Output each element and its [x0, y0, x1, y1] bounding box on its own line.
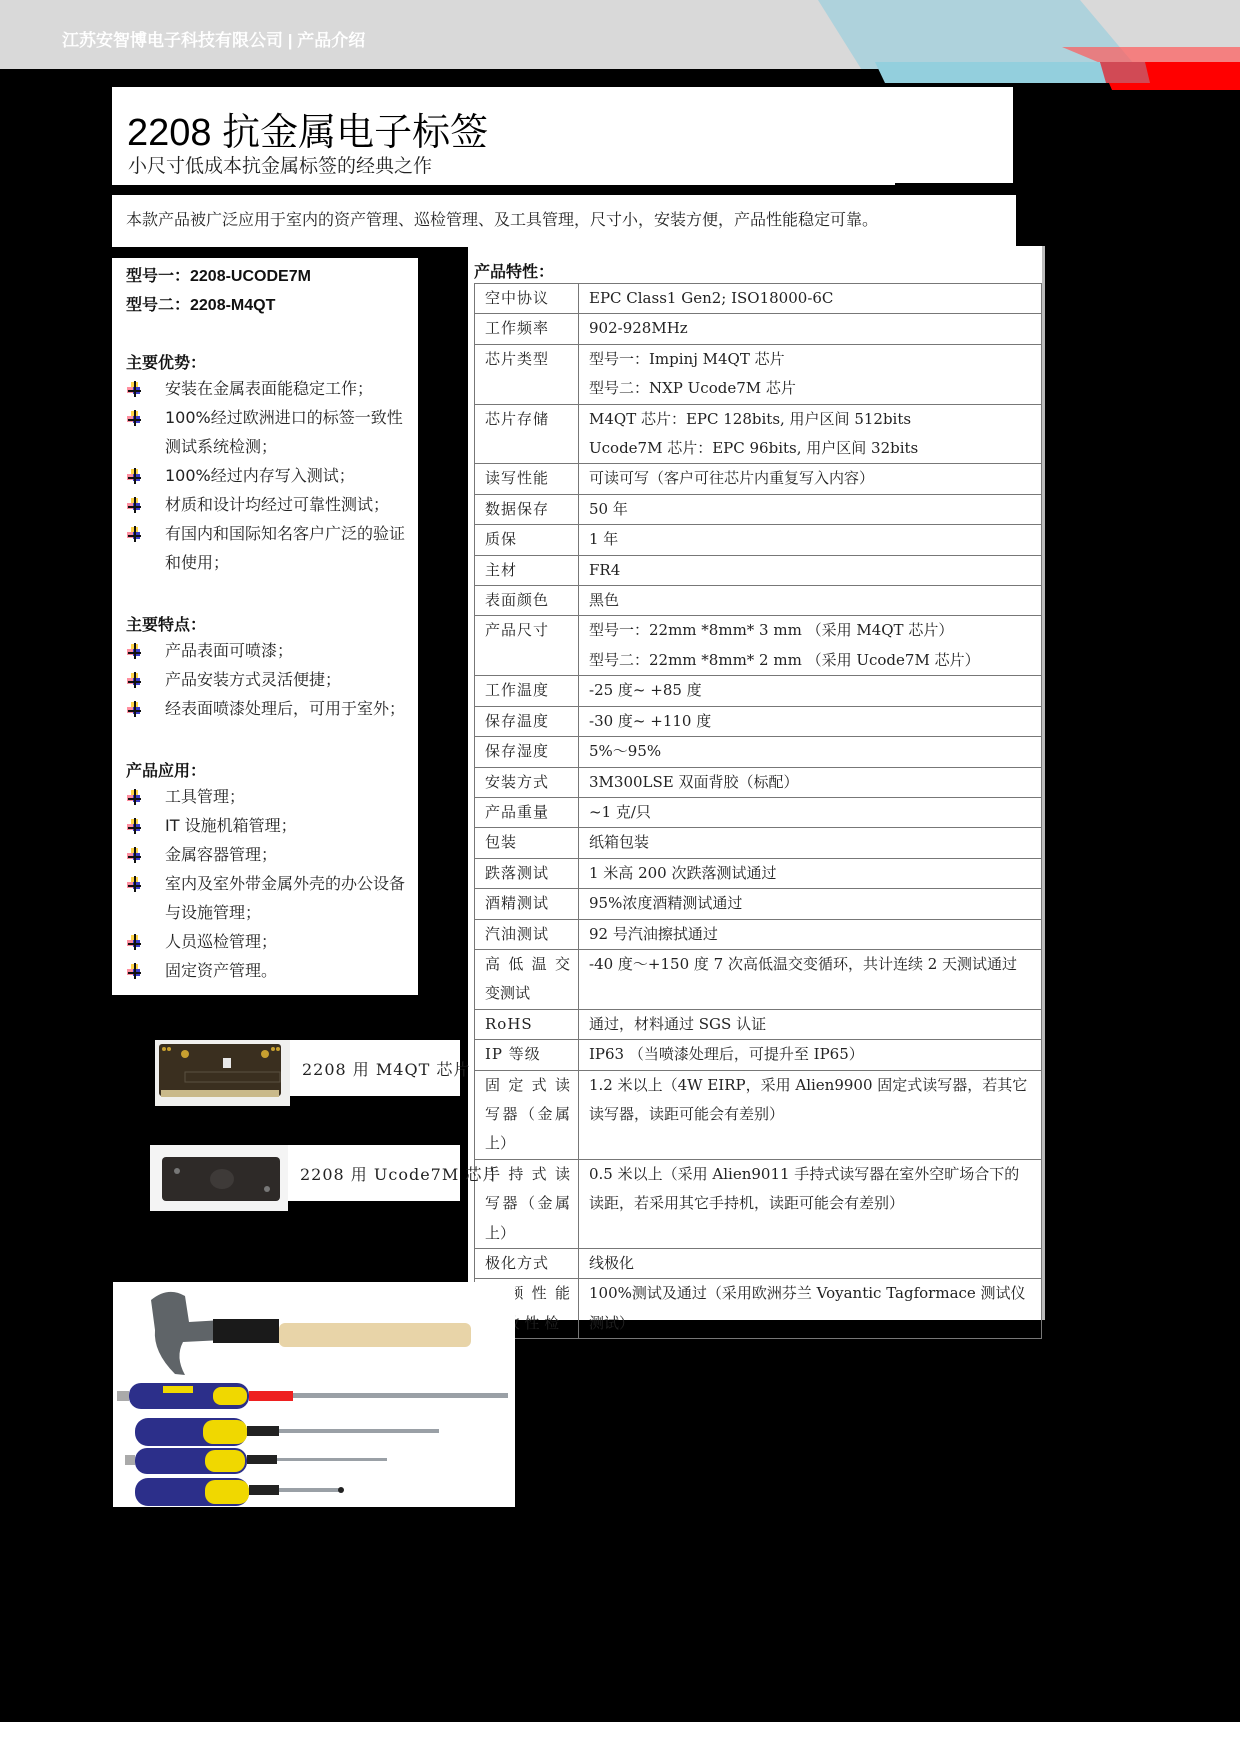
advantages-item-text: 100%经过内存写入测试；: [165, 461, 416, 490]
spec-row: 产品重量~1 克/只: [475, 797, 1042, 827]
spec-table: 空中协议EPC Class1 Gen2; ISO18000-6C工作频率902-…: [474, 283, 1042, 1339]
spec-row: 包装纸箱包装: [475, 828, 1042, 858]
spec-value-line: 1 年: [589, 525, 1033, 554]
spec-value-line: 1 米高 200 次跌落测试通过: [589, 859, 1033, 888]
features-item-text: 产品表面可喷漆；: [165, 636, 416, 665]
spec-key: 工作频率: [475, 314, 579, 344]
spec-row: 空中协议EPC Class1 Gen2; ISO18000-6C: [475, 284, 1042, 314]
spec-row: 酒精测试95%浓度酒精测试通过: [475, 889, 1042, 919]
spec-row: 表面颜色黑色: [475, 586, 1042, 616]
tools-image-icon: [113, 1282, 515, 1507]
colored-cross-bullet-icon: [126, 847, 142, 863]
spec-row: 数据保存50 年: [475, 494, 1042, 524]
chip-image-m4qt: [155, 1040, 290, 1106]
spec-key: 极化方式: [475, 1249, 579, 1279]
spec-key: 主材: [475, 555, 579, 585]
spec-value: 0.5 米以上（采用 Alien9011 手持式读写器在室外空旷场合下的读距，若…: [579, 1159, 1042, 1248]
spec-value: 1 年: [579, 525, 1042, 555]
spec-value-line: 型号一：Impinj M4QT 芯片: [589, 345, 1033, 374]
spec-value-line: -40 度～+150 度 7 次高低温交变循环，共计连续 2 天测试通过: [589, 950, 1033, 979]
spec-value: 92 号汽油擦拭通过: [579, 919, 1042, 949]
spec-key: 保存温度: [475, 706, 579, 736]
m4qt-tag-icon: [155, 1040, 290, 1106]
spec-value-line: 50 年: [589, 495, 1033, 524]
advantages-item-text: 材质和设计均经过可靠性测试；: [165, 490, 416, 519]
colored-cross-bullet-icon: [126, 934, 142, 950]
spec-key: 工作温度: [475, 676, 579, 706]
spec-key: 包装: [475, 828, 579, 858]
applications-item: 室内及室外带金属外壳的办公设备与设施管理；: [126, 869, 416, 927]
spec-key: 数据保存: [475, 494, 579, 524]
advantages-item-text: 有国内和国际知名客户广泛的验证和使用；: [165, 519, 416, 577]
applications-item-text: 人员巡检管理；: [165, 927, 416, 956]
spec-value: -30 度~ +110 度: [579, 706, 1042, 736]
applications-item-text: IT 设施机箱管理；: [165, 811, 416, 840]
spec-value-line: -25 度~ +85 度: [589, 676, 1033, 705]
panel-edge: [1042, 246, 1045, 1320]
spec-value-line: 1.2 米以上（4W EIRP，采用 Alien9900 固定式读写器，若其它读…: [589, 1071, 1033, 1130]
spec-value: ~1 克/只: [579, 797, 1042, 827]
applications-item: 人员巡检管理；: [126, 927, 416, 956]
spec-value: -25 度~ +85 度: [579, 676, 1042, 706]
spec-key: 质保: [475, 525, 579, 555]
spec-row: 主材FR4: [475, 555, 1042, 585]
spec-value-line: 92 号汽油擦拭通过: [589, 920, 1033, 949]
spec-value-line: 通过，材料通过 SGS 认证: [589, 1010, 1033, 1039]
applications-heading: 产品应用：: [126, 758, 206, 781]
spec-row: 射 频 性 能一 致 性 检100%测试及通过（采用欧洲芬兰 Voyantic …: [475, 1279, 1042, 1339]
spec-value-line: 型号二：22mm *8mm* 2 mm （采用 Ucode7M 芯片）: [589, 646, 1033, 675]
spec-key: 产品尺寸: [475, 616, 579, 676]
spec-value: 可读可写（客户可往芯片内重复写入内容）: [579, 464, 1042, 494]
features-item-text: 产品安装方式灵活便捷；: [165, 665, 416, 694]
colored-cross-bullet-icon: [126, 818, 142, 834]
spec-value: 95%浓度酒精测试通过: [579, 889, 1042, 919]
colored-cross-bullet-icon: [126, 410, 142, 426]
spec-row: 手 持 式 读写器（金属上）0.5 米以上（采用 Alien9011 手持式读写…: [475, 1159, 1042, 1248]
advantages-item: 100%经过欧洲进口的标签一致性测试系统检测；: [126, 403, 416, 461]
colored-cross-bullet-icon: [126, 963, 142, 979]
spec-key: 表面颜色: [475, 586, 579, 616]
spec-value-line: FR4: [589, 556, 1033, 585]
spec-row: IP 等级IP63 （当喷漆处理后，可提升至 IP65）: [475, 1040, 1042, 1070]
spec-key: RoHS: [475, 1009, 579, 1039]
spec-panel: 产品特性： 空中协议EPC Class1 Gen2; ISO18000-6C工作…: [468, 246, 1045, 1320]
spec-value: 1.2 米以上（4W EIRP，采用 Alien9900 固定式读写器，若其它读…: [579, 1070, 1042, 1159]
spec-key: 芯片类型: [475, 344, 579, 404]
spec-value-line: M4QT 芯片：EPC 128bits, 用户区间 512bits: [589, 405, 1033, 434]
colored-cross-bullet-icon: [126, 701, 142, 717]
spec-value: M4QT 芯片：EPC 128bits, 用户区间 512bitsUcode7M…: [579, 404, 1042, 464]
advantages-item-text: 安装在金属表面能稳定工作；: [165, 374, 416, 403]
spec-key: 安装方式: [475, 767, 579, 797]
page-subtitle: 小尺寸低成本抗金属标签的经典之作: [128, 151, 432, 178]
features-item: 经表面喷漆处理后，可用于室外；: [126, 694, 416, 723]
ucode7m-tag-icon: [150, 1145, 288, 1211]
spec-value: 3M300LSE 双面背胶（标配）: [579, 767, 1042, 797]
spec-value: 50 年: [579, 494, 1042, 524]
colored-cross-bullet-icon: [126, 497, 142, 513]
spec-key: 固 定 式 读写器（金属上）: [475, 1070, 579, 1159]
spec-value: 黑色: [579, 586, 1042, 616]
chip-image-ucode7m: [150, 1145, 288, 1211]
colored-cross-bullet-icon: [126, 468, 142, 484]
spec-value: 100%测试及通过（采用欧洲芬兰 Voyantic Tagformace 测试仪…: [579, 1279, 1042, 1339]
spec-row: 安装方式3M300LSE 双面背胶（标配）: [475, 767, 1042, 797]
spec-row: 读写性能可读可写（客户可往芯片内重复写入内容）: [475, 464, 1042, 494]
page-title: 2208 抗金属电子标签: [127, 101, 488, 156]
spec-value: 型号一：22mm *8mm* 3 mm （采用 M4QT 芯片）型号二：22mm…: [579, 616, 1042, 676]
spec-value-line: 型号二：NXP Ucode7M 芯片: [589, 374, 1033, 403]
features-item-text: 经表面喷漆处理后，可用于室外；: [165, 694, 416, 723]
spec-row: 固 定 式 读写器（金属上）1.2 米以上（4W EIRP，采用 Alien99…: [475, 1070, 1042, 1159]
spec-key: 汽油测试: [475, 919, 579, 949]
advantages-item-text: 100%经过欧洲进口的标签一致性测试系统检测；: [165, 403, 416, 461]
spec-value-line: -30 度~ +110 度: [589, 707, 1033, 736]
spec-value-line: IP63 （当喷漆处理后，可提升至 IP65）: [589, 1040, 1033, 1069]
spec-key: 跌落测试: [475, 858, 579, 888]
spec-row: 芯片存储M4QT 芯片：EPC 128bits, 用户区间 512bitsUco…: [475, 404, 1042, 464]
advantages-heading: 主要优势：: [126, 350, 206, 373]
spec-key: 空中协议: [475, 284, 579, 314]
model-two: 型号二：2208-M4QT: [126, 292, 275, 315]
spec-value-line: EPC Class1 Gen2; ISO18000-6C: [589, 284, 1033, 313]
spec-value: 902-928MHz: [579, 314, 1042, 344]
spec-value-line: 3M300LSE 双面背胶（标配）: [589, 768, 1033, 797]
applications-item: 工具管理；: [126, 782, 416, 811]
title-box: 2208 抗金属电子标签 小尺寸低成本抗金属标签的经典之作: [112, 87, 1013, 185]
spec-key: 芯片存储: [475, 404, 579, 464]
spec-value-line: 线极化: [589, 1249, 1033, 1278]
applications-item-text: 室内及室外带金属外壳的办公设备与设施管理；: [165, 869, 416, 927]
intro-text: 本款产品被广泛应用于室内的资产管理、巡检管理、及工具管理，尺寸小，安装方便，产品…: [126, 207, 878, 230]
spec-value: IP63 （当喷漆处理后，可提升至 IP65）: [579, 1040, 1042, 1070]
spec-value: 纸箱包装: [579, 828, 1042, 858]
spec-value-line: 型号一：22mm *8mm* 3 mm （采用 M4QT 芯片）: [589, 616, 1033, 645]
colored-cross-bullet-icon: [126, 643, 142, 659]
spec-value-line: ~1 克/只: [589, 798, 1033, 827]
model-one: 型号一：2208-UCODE7M: [126, 263, 311, 286]
spec-key: IP 等级: [475, 1040, 579, 1070]
chip-caption-m4qt: 2208 用 M4QT 芯片: [290, 1040, 460, 1096]
spec-row: 质保1 年: [475, 525, 1042, 555]
colored-cross-bullet-icon: [126, 381, 142, 397]
spec-value-line: 黑色: [589, 586, 1033, 615]
colored-cross-bullet-icon: [126, 789, 142, 805]
spec-key: 高 低 温 交变测试: [475, 949, 579, 1009]
applications-item: IT 设施机箱管理；: [126, 811, 416, 840]
colored-cross-bullet-icon: [126, 526, 142, 542]
title-notch: [895, 183, 1013, 189]
spec-value: 型号一：Impinj M4QT 芯片型号二：NXP Ucode7M 芯片: [579, 344, 1042, 404]
spec-row: 工作频率902-928MHz: [475, 314, 1042, 344]
spec-value: -40 度～+150 度 7 次高低温交变循环，共计连续 2 天测试通过: [579, 949, 1042, 1009]
spec-row: 保存温度-30 度~ +110 度: [475, 706, 1042, 736]
applications-item-text: 工具管理；: [165, 782, 416, 811]
applications-item: 金属容器管理；: [126, 840, 416, 869]
colored-cross-bullet-icon: [126, 876, 142, 892]
spec-row: RoHS通过，材料通过 SGS 认证: [475, 1009, 1042, 1039]
applications-item: 固定资产管理。: [126, 956, 416, 985]
spec-value-line: 95%浓度酒精测试通过: [589, 889, 1033, 918]
spec-row: 汽油测试92 号汽油擦拭通过: [475, 919, 1042, 949]
tools-photo: [113, 1282, 515, 1507]
spec-row: 高 低 温 交变测试-40 度～+150 度 7 次高低温交变循环，共计连续 2…: [475, 949, 1042, 1009]
spec-row: 保存湿度5%～95%: [475, 737, 1042, 767]
spec-value-line: 5%～95%: [589, 737, 1033, 766]
spec-key: 读写性能: [475, 464, 579, 494]
header-band: 江苏安智博电子科技有限公司 | 产品介绍: [0, 0, 1240, 69]
left-column: 型号一：2208-UCODE7M 型号二：2208-M4QT 主要优势： 安装在…: [112, 258, 418, 995]
spec-value-line: 0.5 米以上（采用 Alien9011 手持式读写器在室外空旷场合下的读距，若…: [589, 1160, 1033, 1219]
spec-key: 产品重量: [475, 797, 579, 827]
colored-cross-bullet-icon: [126, 672, 142, 688]
spec-value-line: 902-928MHz: [589, 314, 1033, 343]
spec-value: 线极化: [579, 1249, 1042, 1279]
spec-value-line: 100%测试及通过（采用欧洲芬兰 Voyantic Tagformace 测试仪…: [589, 1279, 1033, 1338]
advantages-item: 100%经过内存写入测试；: [126, 461, 416, 490]
spec-value: 5%～95%: [579, 737, 1042, 767]
applications-item-text: 固定资产管理。: [165, 956, 416, 985]
spec-value: 1 米高 200 次跌落测试通过: [579, 858, 1042, 888]
advantages-item: 安装在金属表面能稳定工作；: [126, 374, 416, 403]
spec-key: 保存湿度: [475, 737, 579, 767]
intro-box: 本款产品被广泛应用于室内的资产管理、巡检管理、及工具管理，尺寸小，安装方便，产品…: [112, 195, 1016, 247]
features-item: 产品表面可喷漆；: [126, 636, 416, 665]
advantages-item: 有国内和国际知名客户广泛的验证和使用；: [126, 519, 416, 577]
spec-value-line: 可读可写（客户可往芯片内重复写入内容）: [589, 464, 1033, 493]
spec-value: FR4: [579, 555, 1042, 585]
spec-key: 酒精测试: [475, 889, 579, 919]
spec-row: 极化方式线极化: [475, 1249, 1042, 1279]
spec-row: 工作温度-25 度~ +85 度: [475, 676, 1042, 706]
spec-row: 产品尺寸型号一：22mm *8mm* 3 mm （采用 M4QT 芯片）型号二：…: [475, 616, 1042, 676]
features-heading: 主要特点：: [126, 612, 206, 635]
advantages-item: 材质和设计均经过可靠性测试；: [126, 490, 416, 519]
spec-heading: 产品特性：: [474, 259, 554, 282]
spec-row: 跌落测试1 米高 200 次跌落测试通过: [475, 858, 1042, 888]
features-item: 产品安装方式灵活便捷；: [126, 665, 416, 694]
header-title: 江苏安智博电子科技有限公司 | 产品介绍: [62, 26, 365, 51]
spec-value-line: 纸箱包装: [589, 828, 1033, 857]
spec-row: 芯片类型型号一：Impinj M4QT 芯片型号二：NXP Ucode7M 芯片: [475, 344, 1042, 404]
chip-caption-ucode7m: 2208 用 Ucode7M 芯片: [288, 1145, 460, 1201]
spec-value: EPC Class1 Gen2; ISO18000-6C: [579, 284, 1042, 314]
spec-value-line: Ucode7M 芯片：EPC 96bits, 用户区间 32bits: [589, 434, 1033, 463]
applications-item-text: 金属容器管理；: [165, 840, 416, 869]
spec-value: 通过，材料通过 SGS 认证: [579, 1009, 1042, 1039]
